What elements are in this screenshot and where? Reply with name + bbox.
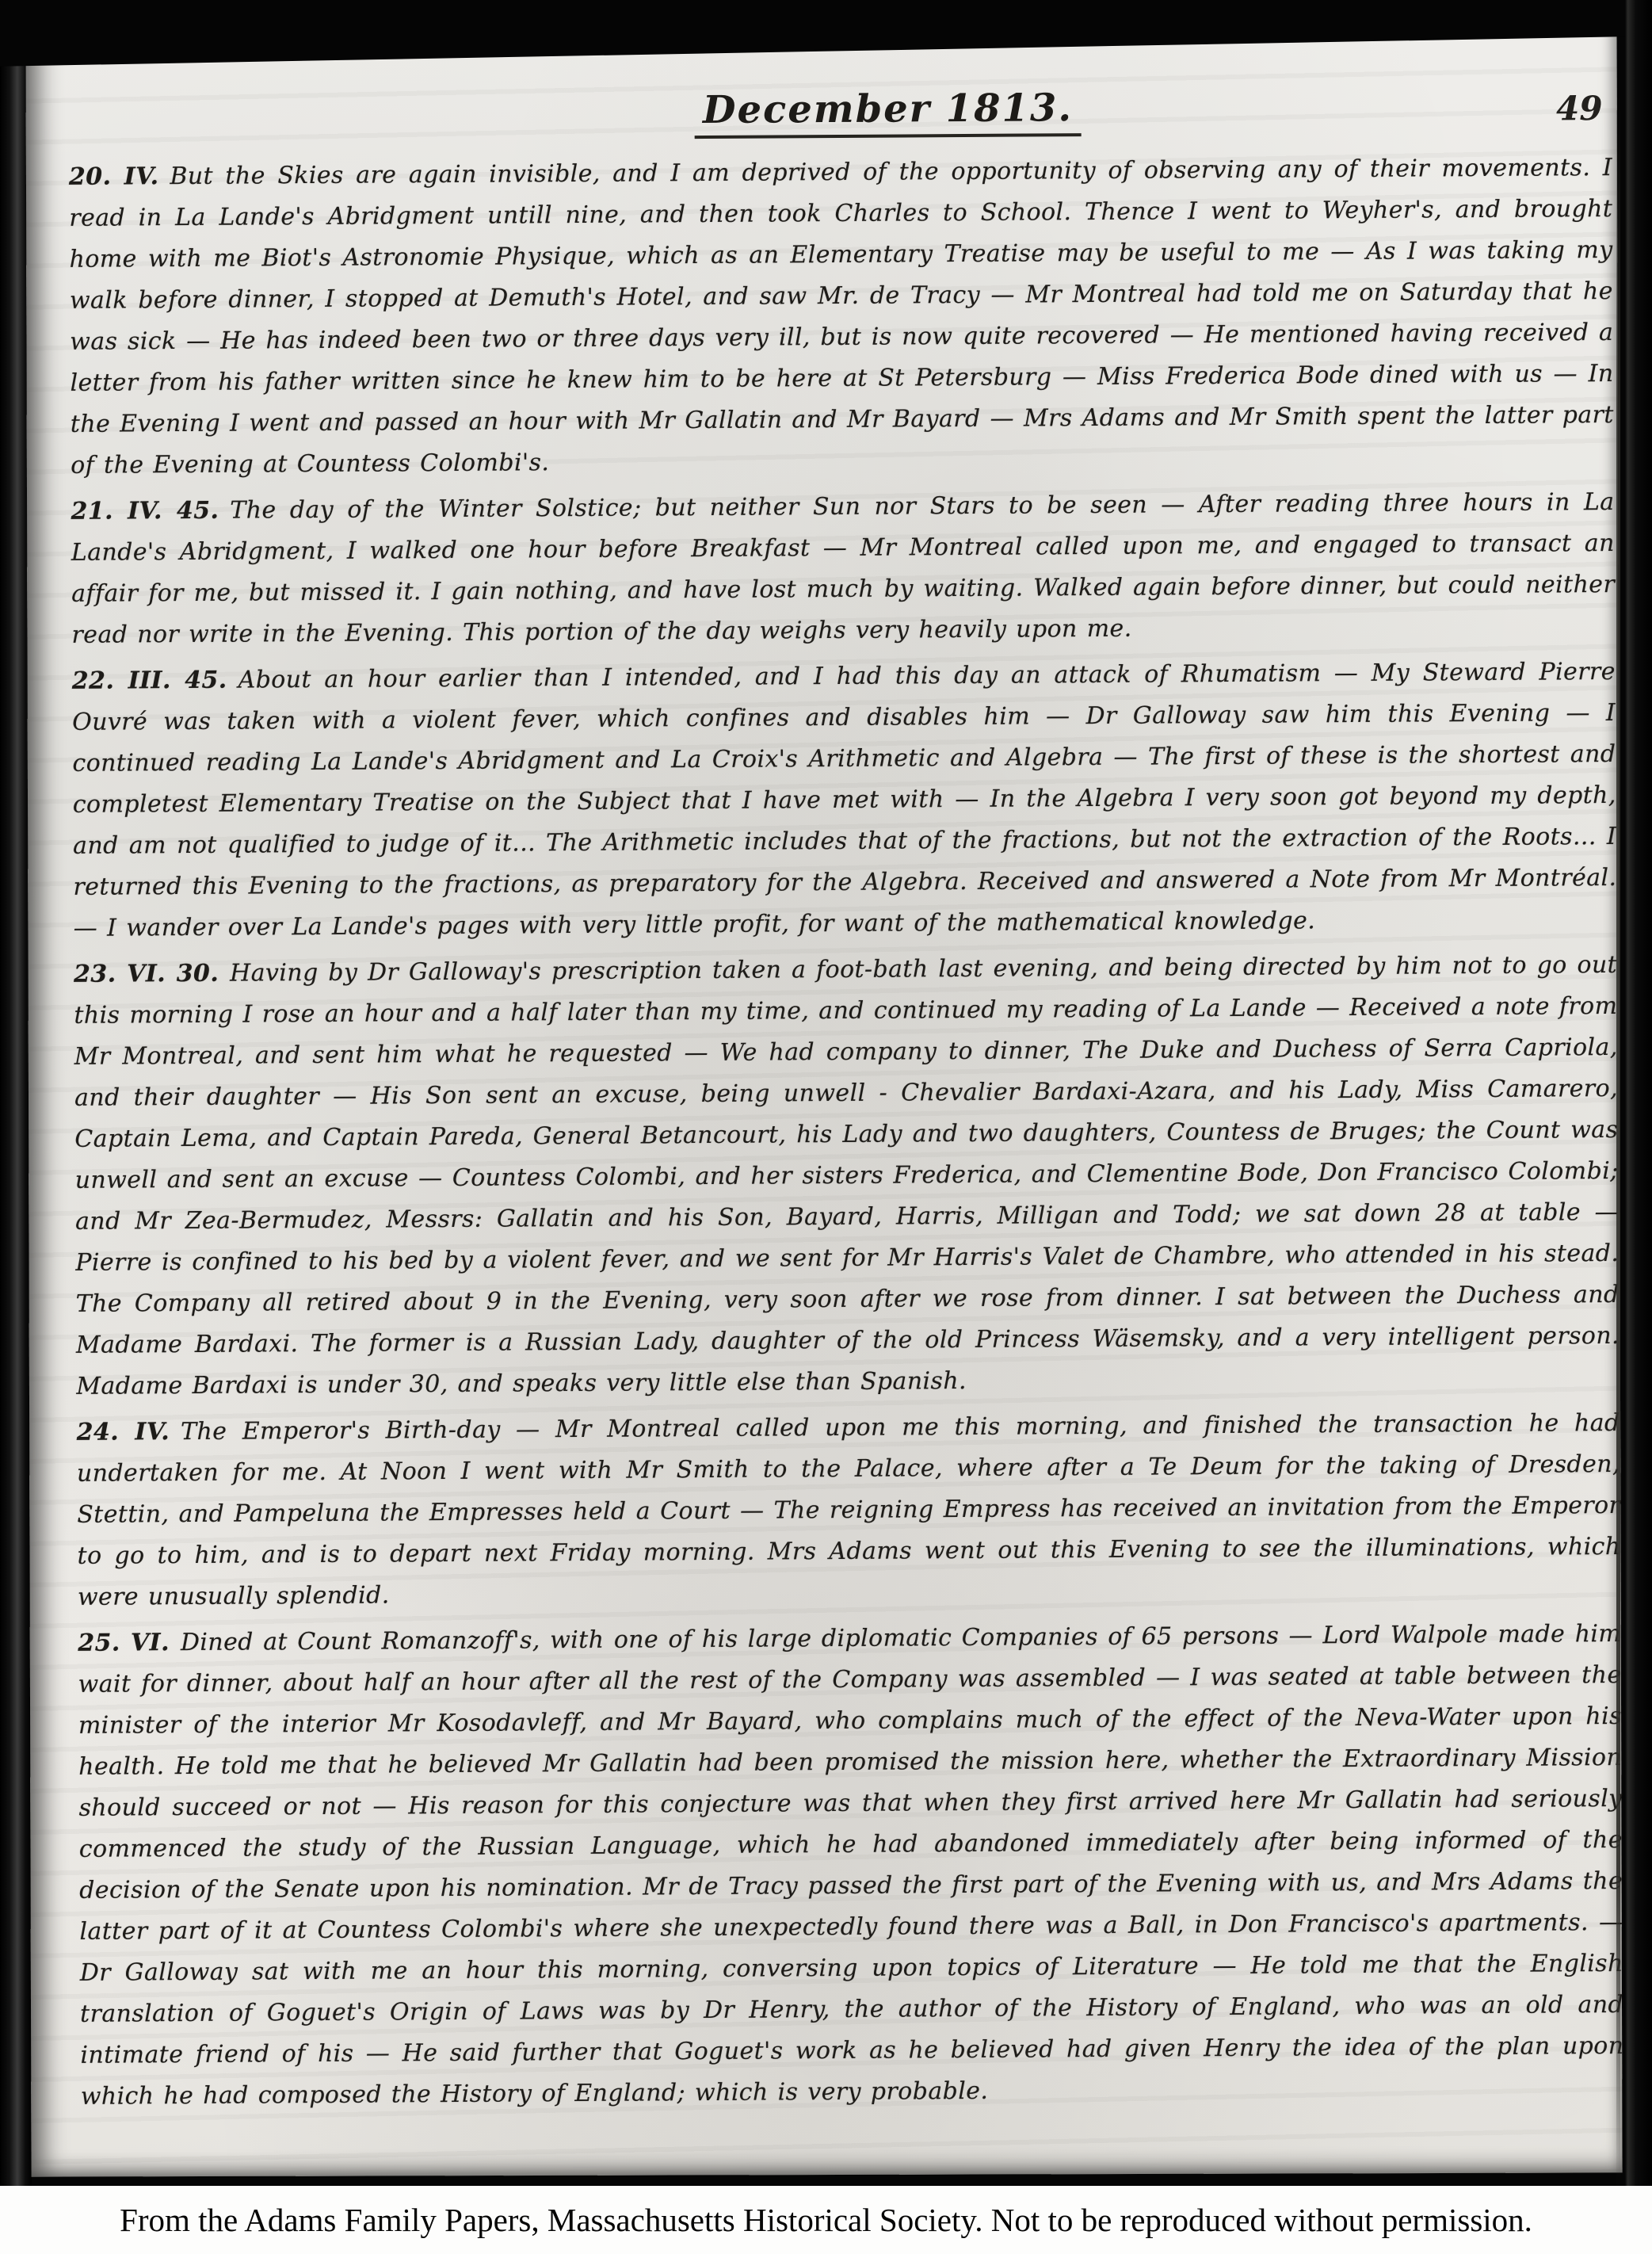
entry-date: 24. IV. — [77, 1418, 181, 1446]
diary-entry: 20. IV.But the Skies are again invisible… — [69, 147, 1615, 487]
page-number: 49 — [1556, 89, 1603, 128]
scan-background: 49 December 1813. 20. IV.But the Skies a… — [0, 0, 1652, 2254]
page-title-text: December 1813. — [695, 86, 1082, 139]
diary-entry: 22. III. 45.About an hour earlier than I… — [72, 651, 1617, 949]
entry-date: 23. VI. 30. — [74, 960, 230, 988]
page-content: 49 December 1813. 20. IV.But the Skies a… — [68, 44, 1624, 2122]
scan-right-edge — [1625, 0, 1652, 2254]
archive-caption-text: From the Adams Family Papers, Massachuse… — [120, 2201, 1532, 2239]
diary-entry: 23. VI. 30.Having by Dr Galloway's presc… — [74, 945, 1620, 1408]
diary-entry: 21. IV. 45.The day of the Winter Solstic… — [71, 482, 1615, 656]
page-edge-line — [1616, 95, 1620, 2191]
entry-date: 20. IV. — [69, 162, 170, 191]
entry-date: 25. VI. — [78, 1629, 181, 1657]
page-title: December 1813. — [68, 82, 1612, 136]
entry-text: The Emperor's Birth-day — Mr Montreal ca… — [77, 1409, 1621, 1611]
entry-text: The day of the Winter Solstice; but neit… — [71, 488, 1615, 649]
archive-caption-bar: From the Adams Family Papers, Massachuse… — [0, 2186, 1652, 2254]
entry-date: 22. III. 45. — [72, 667, 238, 695]
diary-entries: 20. IV.But the Skies are again invisible… — [69, 147, 1624, 2118]
entry-text: About an hour earlier than I intended, a… — [72, 658, 1616, 942]
entry-text: Dined at Count Romanzoff's, with one of … — [78, 1620, 1623, 2111]
diary-entry: 25. VI.Dined at Count Romanzoff's, with … — [78, 1614, 1624, 2118]
entry-date: 21. IV. 45. — [71, 497, 230, 525]
diary-entry: 24. IV.The Emperor's Birth-day — Mr Mont… — [76, 1403, 1621, 1618]
entry-text: Having by Dr Galloway's prescription tak… — [74, 951, 1620, 1400]
entry-text: But the Skies are again invisible, and I… — [69, 154, 1614, 479]
manuscript-page: 49 December 1813. 20. IV.But the Skies a… — [25, 12, 1622, 2176]
